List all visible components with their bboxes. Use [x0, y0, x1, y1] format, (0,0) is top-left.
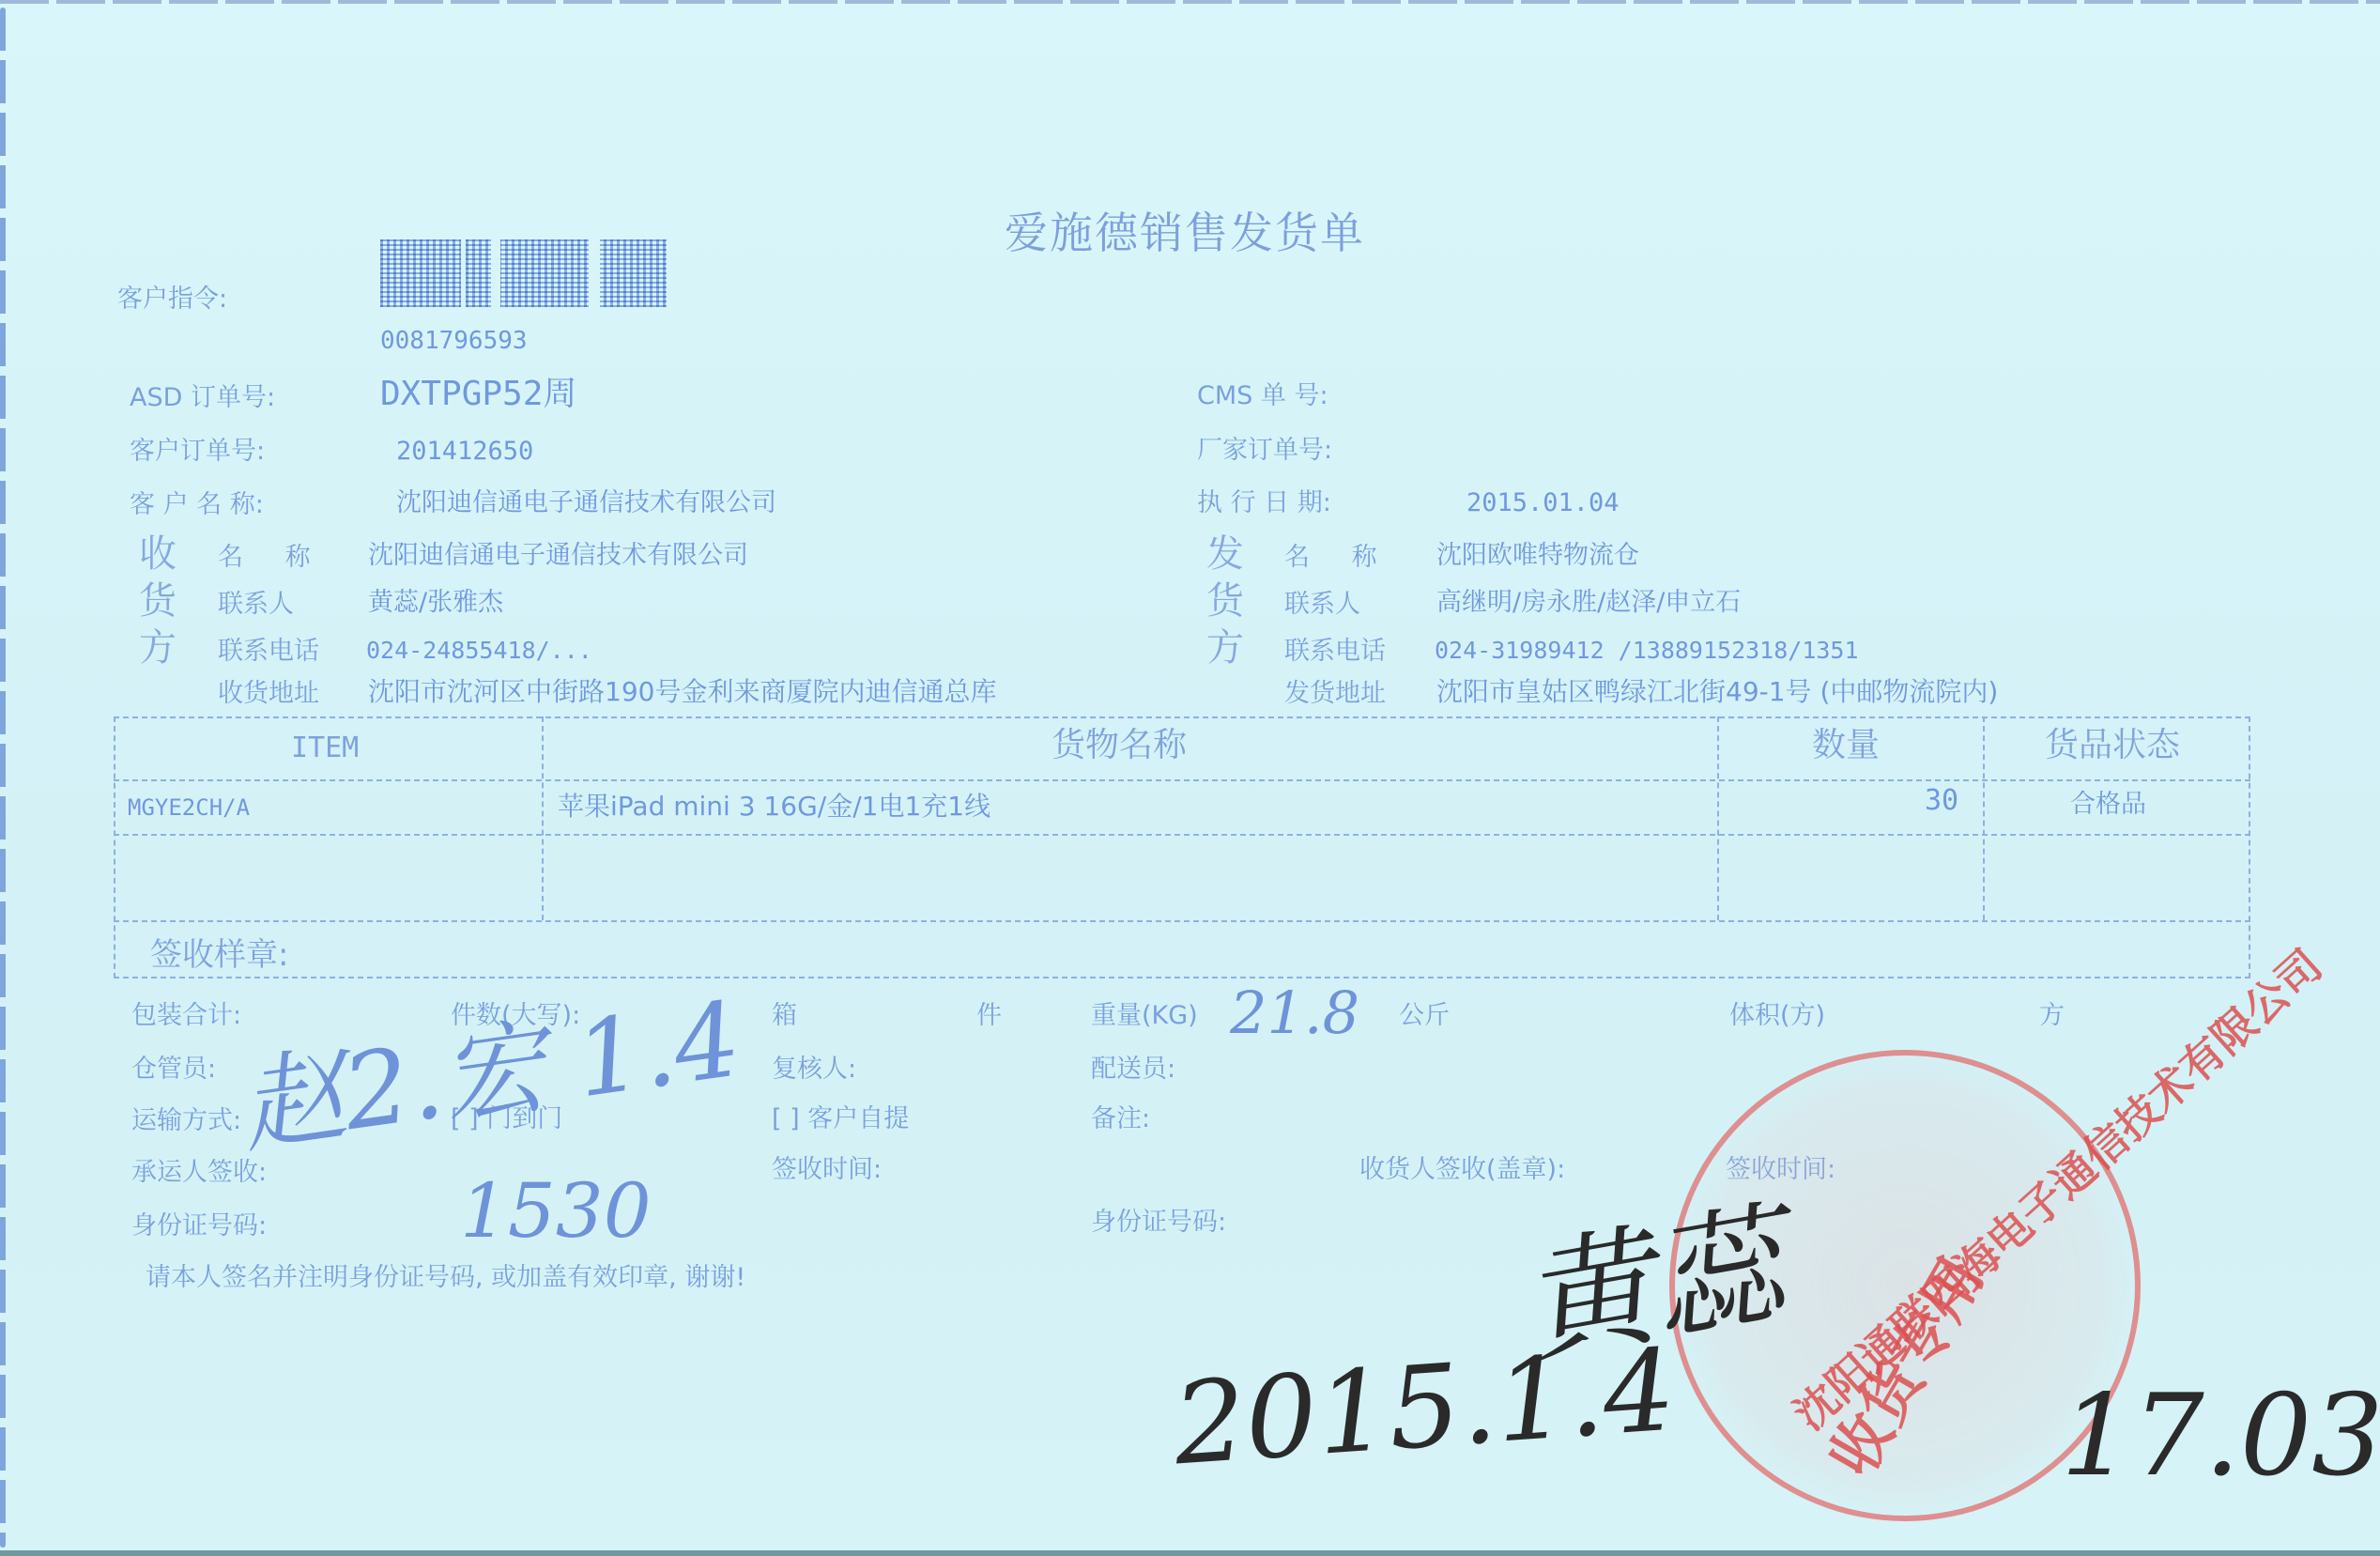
handwritten-weight: 21.8	[1230, 984, 1359, 1042]
handwritten-signature-time: 17.03	[2061, 1380, 2380, 1493]
consignee-sign-label: 收货人签收(盖章):	[1359, 1157, 1565, 1182]
table-col-divider-2	[1717, 716, 1719, 920]
handwritten-keeper-note: 赵2.宏 1.4	[235, 987, 746, 1159]
barcode-number: 0081796593	[380, 329, 528, 353]
self-pickup-option: [ ] 客户自提	[772, 1106, 909, 1132]
sender-side-char-1: 发	[1206, 535, 1244, 573]
manufacturer-order-label: 厂家订单号:	[1197, 438, 1332, 463]
barcode	[380, 239, 667, 307]
handwritten-time-note: 1530	[460, 1174, 652, 1249]
table-header-qty: 数量	[1812, 729, 1880, 763]
sender-phone-label: 联系电话	[1284, 639, 1386, 664]
signature-notice: 请本人签名并注明身份证号码, 或加盖有效印章, 谢谢!	[146, 1265, 745, 1290]
exec-date-value: 2015.01.04	[1466, 490, 1620, 516]
table-header-status: 货品状态	[2045, 729, 2180, 763]
carrier-sign-label: 承运人签收:	[131, 1160, 267, 1185]
row-quantity: 30	[1925, 787, 1958, 815]
sender-side-char-3: 方	[1206, 629, 1244, 667]
receiver-phone-label: 联系电话	[218, 639, 319, 664]
receiver-name-value: 沈阳迪信通电子通信技术有限公司	[368, 543, 748, 568]
sender-side-char-2: 货	[1206, 582, 1244, 620]
row-product-name: 苹果iPad mini 3 16G/金/1电1充1线	[558, 793, 990, 820]
table-header-name: 货物名称	[1052, 729, 1187, 763]
asd-order-label: ASD 订单号:	[130, 385, 275, 410]
remarks-label: 备注:	[1091, 1106, 1150, 1132]
table-col-divider-3	[1983, 716, 1985, 920]
table-row-divider	[114, 834, 2250, 836]
id-number-label-right: 身份证号码:	[1091, 1209, 1226, 1235]
weight-label: 重量(KG)	[1091, 1003, 1198, 1028]
volume-unit: 方	[2039, 1003, 2065, 1028]
sender-contact-label: 联系人	[1284, 592, 1360, 617]
customer-order-label: 客户订单号:	[130, 439, 265, 464]
receiver-side-char-2: 货	[139, 582, 177, 620]
customer-name-value: 沈阳迪信通电子通信技术有限公司	[396, 490, 776, 516]
table-sign-divider	[114, 920, 2250, 922]
asd-order-value: DXTPGP52周	[380, 377, 576, 411]
sender-address-value: 沈阳市皇姑区鸭绿江北街49-1号 (中邮物流院内)	[1436, 679, 1998, 705]
receiver-phone-value: 024-24855418/...	[366, 639, 592, 662]
receiver-address-value: 沈阳市沈河区中街路190号金利来商厦院内迪信通总库	[368, 679, 996, 705]
paper-bottom-edge	[0, 1550, 2380, 1556]
sender-phone-value: 024-31989412 /13889152318/1351	[1435, 639, 1859, 662]
customer-instruction-label: 客户指令:	[117, 286, 227, 312]
row-status: 合格品	[2070, 792, 2146, 817]
sender-address-label: 发货地址	[1284, 681, 1386, 706]
receiver-side-char-1: 收	[139, 535, 177, 573]
customer-name-label: 客 户 名 称:	[130, 492, 264, 517]
packing-total-label: 包装合计:	[131, 1003, 241, 1028]
piece-label: 件	[976, 1003, 1002, 1028]
customer-order-value: 201412650	[396, 439, 533, 464]
sender-name-value: 沈阳欧唯特物流仓	[1436, 543, 1639, 568]
sender-contact-value: 高继明/房永胜/赵泽/申立石	[1436, 590, 1741, 615]
perforation-left	[0, 8, 6, 1548]
receiver-side-char-3: 方	[139, 629, 177, 667]
sign-sample-label: 签收样章:	[150, 939, 288, 971]
cms-label: CMS 单 号:	[1197, 383, 1328, 408]
document-title: 爱施德销售发货单	[1005, 211, 1365, 254]
delivery-person-label: 配送员:	[1091, 1056, 1175, 1082]
table-header-item: ITEM	[291, 734, 359, 763]
volume-label: 体积(方)	[1729, 1003, 1825, 1028]
sign-time-label: 签收时间:	[772, 1157, 882, 1182]
table-col-divider-1	[542, 716, 544, 920]
exec-date-label: 执 行 日 期:	[1197, 490, 1331, 516]
row-item-code: MGYE2CH/A	[128, 796, 250, 819]
id-number-label: 身份证号码:	[131, 1213, 267, 1239]
warehouse-keeper-label: 仓管员:	[131, 1056, 216, 1082]
handwritten-signature-date: 2015.1.4	[1170, 1335, 1678, 1483]
reviewer-label: 复核人:	[772, 1056, 856, 1082]
weight-unit: 公斤	[1399, 1003, 1450, 1028]
receiver-contact-value: 黄蕊/张雅杰	[368, 590, 503, 615]
receiver-contact-label: 联系人	[218, 592, 294, 617]
transport-label: 运输方式:	[131, 1108, 241, 1133]
delivery-note-paper: 爱施德销售发货单 客户指令: 0081796593 ASD 订单号: DXTPG…	[0, 0, 2380, 1556]
table-header-divider	[114, 779, 2250, 781]
receiver-address-label: 收货地址	[218, 681, 319, 706]
box-label: 箱	[772, 1003, 797, 1028]
receiver-name-label: 名 称	[218, 545, 328, 570]
perforation-top	[0, 0, 2380, 4]
sender-name-label: 名 称	[1284, 545, 1394, 570]
